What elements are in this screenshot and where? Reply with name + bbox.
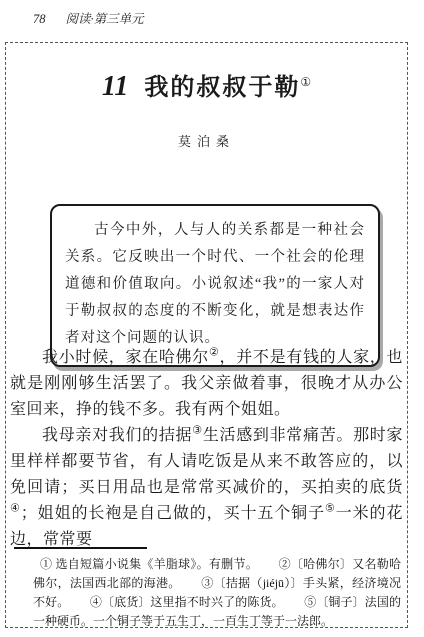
footnote: ④〔底货〕这里指不时兴了的陈货。 bbox=[90, 595, 284, 609]
intro-box: 古今中外，人与人的关系都是一种社会关系。它反映出一个时代、一个社会的伦理道德和价… bbox=[50, 204, 380, 367]
paragraph: 我母亲对我们的拮据③生活感到非常痛苦。那时家里样样都要节省，有人请吃饭是从来不敢… bbox=[10, 423, 403, 553]
footnote: ① 选自短篇小说集《羊脂球》。有删节。 bbox=[40, 557, 258, 571]
lesson-name: 我的叔叔于勒 bbox=[144, 74, 300, 101]
paragraph: 我小时候，家在哈佛尔②，并不是有钱的人家，也就是刚刚够生活罢了。我父亲做着事，很… bbox=[10, 345, 403, 423]
lesson-title: 11我的叔叔于勒① bbox=[6, 67, 407, 103]
lesson-number: 11 bbox=[102, 71, 128, 102]
author-name: 莫泊桑 bbox=[6, 131, 407, 150]
page-number: 78 bbox=[33, 12, 46, 27]
page-frame: 11我的叔叔于勒① 莫泊桑 古今中外，人与人的关系都是一种社会关系。它反映出一个… bbox=[5, 42, 408, 628]
section-title: 阅读·第三单元 bbox=[66, 9, 144, 27]
body-text: 我小时候，家在哈佛尔②，并不是有钱的人家，也就是刚刚够生活罢了。我父亲做着事，很… bbox=[10, 345, 403, 553]
title-footnote-ref: ① bbox=[300, 75, 311, 89]
intro-text: 古今中外，人与人的关系都是一种社会关系。它反映出一个时代、一个社会的伦理道德和价… bbox=[65, 217, 365, 352]
footnotes: ① 选自短篇小说集《羊脂球》。有删节。 ②〔哈佛尔〕又名勒哈佛尔，法国西北部的海… bbox=[33, 555, 401, 631]
textbook-page: 78 阅读·第三单元 11我的叔叔于勒① 莫泊桑 古今中外，人与人的关系都是一种… bbox=[0, 0, 424, 637]
footnote-separator bbox=[14, 547, 147, 549]
page-header: 78 阅读·第三单元 bbox=[33, 9, 144, 27]
